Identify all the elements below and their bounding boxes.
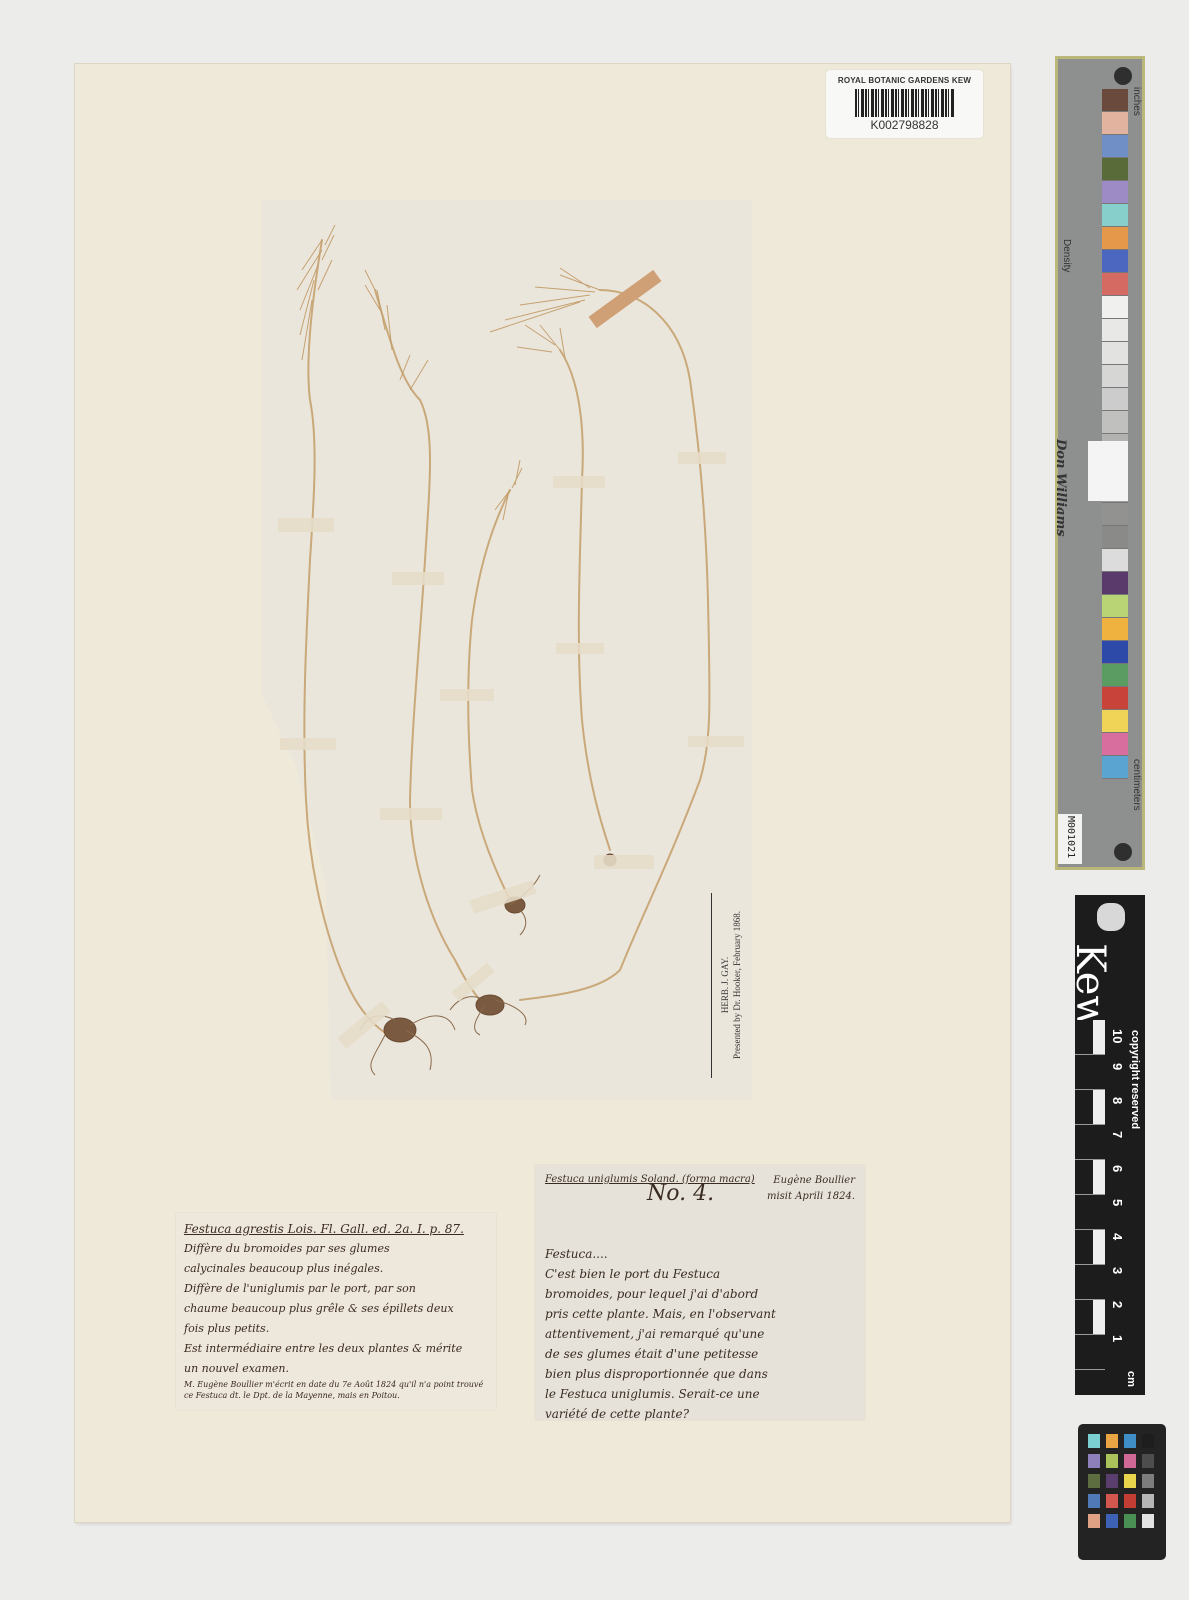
note-left-line: chaume beaucoup plus grêle & ses épillet… [184, 1299, 488, 1319]
stamp-rule [711, 893, 712, 1078]
note-right-line: de ses glumes était d'une petitesse [545, 1344, 855, 1364]
color-patch [1102, 664, 1128, 687]
brand-label: Don Williams [1053, 439, 1068, 537]
checker-swatch [1088, 1474, 1100, 1488]
kew-scale-bar: Kew 10 9 8 7 6 5 4 3 2 1 copyright reser… [1075, 895, 1145, 1395]
stamp-presented: Presented by Dr. Hooker, February 1868. [731, 911, 743, 1059]
checker-swatch [1142, 1434, 1154, 1448]
note-right-line: le Festuca uniglumis. Serait-ce une [545, 1384, 855, 1404]
color-patch [1102, 365, 1128, 388]
note-right-line: pris cette plante. Mais, en l'observant [545, 1304, 855, 1324]
color-patch [1102, 618, 1128, 641]
checker-swatch [1106, 1434, 1118, 1448]
note-left-title: Festuca agrestis Lois. Fl. Gall. ed. 2a.… [184, 1219, 488, 1239]
checker-swatch [1124, 1494, 1136, 1508]
color-patch [1102, 342, 1128, 365]
checker-swatch [1106, 1474, 1118, 1488]
color-checker-card [1078, 1424, 1166, 1560]
color-patch [1102, 158, 1128, 181]
checker-swatch [1142, 1474, 1154, 1488]
centimeters-label: centimeters [1131, 759, 1142, 811]
color-patch [1102, 572, 1128, 595]
checker-swatch [1088, 1434, 1100, 1448]
color-patch [1102, 227, 1128, 250]
registration-dot-top [1114, 67, 1132, 85]
color-patches [1102, 89, 1128, 779]
note-left-line: Est intermédiaire entre les deux plantes… [184, 1339, 488, 1359]
gray-wedge-inset [1088, 441, 1128, 501]
inches-label: inches [1131, 87, 1142, 116]
color-patch [1102, 687, 1128, 710]
scale-numbers: 10 9 8 7 6 5 4 3 2 1 [1109, 1020, 1125, 1360]
checker-swatch [1106, 1454, 1118, 1468]
note-right-line: bien plus disproportionnée que dans [545, 1364, 855, 1384]
checker-swatch [1106, 1514, 1118, 1528]
checker-swatch [1088, 1454, 1100, 1468]
color-patch [1102, 181, 1128, 204]
kew-crest-icon [1097, 903, 1125, 931]
checker-swatch [1124, 1474, 1136, 1488]
checker-swatch [1142, 1514, 1154, 1528]
note-left-line: calycinales beaucoup plus inégales. [184, 1259, 488, 1279]
note-right-line: variété de cette plante? [545, 1404, 855, 1424]
color-patch [1102, 549, 1128, 572]
note-right-line: attentivement, j'ai remarqué qu'une [545, 1324, 855, 1344]
checker-swatch [1124, 1454, 1136, 1468]
chart-id-label: M001021 [1058, 814, 1082, 864]
color-patch [1102, 526, 1128, 549]
checker-swatch [1088, 1494, 1100, 1508]
herbarium-stamp: HERB. J. GAY. Presented by Dr. Hooker, F… [707, 885, 747, 1080]
color-patch [1102, 135, 1128, 158]
color-patch [1102, 710, 1128, 733]
color-patch [1102, 641, 1128, 664]
note-right-number: No. 4. [647, 1185, 714, 1203]
color-patch [1102, 112, 1128, 135]
checker-swatch [1124, 1514, 1136, 1528]
checker-swatch [1142, 1454, 1154, 1468]
note-right-body: Festuca.... C'est bien le port du Festuc… [545, 1244, 855, 1424]
note-right-line: bromoides, pour lequel j'ai d'abord [545, 1284, 855, 1304]
color-patch [1102, 756, 1128, 779]
color-patch [1102, 89, 1128, 112]
handwritten-note-right: Festuca uniglumis Soland. (forma macra) … [535, 1165, 865, 1420]
collector-date: misit Aprili 1824. [767, 1189, 855, 1205]
color-patch [1102, 204, 1128, 227]
note-right-line: C'est bien le port du Festuca [545, 1264, 855, 1284]
color-patch [1102, 411, 1128, 434]
color-patch [1102, 296, 1128, 319]
color-patch [1102, 388, 1128, 411]
color-patch [1102, 273, 1128, 296]
stamp-herb: HERB. J. GAY. [719, 911, 731, 1059]
checker-swatch [1142, 1494, 1154, 1508]
copyright-label: copyright reserved [1129, 1030, 1141, 1129]
color-calibration-bar: inches centimeters Density Don Williams … [1055, 56, 1145, 870]
note-left-line: Diffère de l'uniglumis par le port, par … [184, 1279, 488, 1299]
checker-swatch [1106, 1494, 1118, 1508]
checker-swatch [1124, 1434, 1136, 1448]
note-left-footnote: M. Eugène Boullier m'écrit en date du 7e… [184, 1379, 488, 1401]
note-right-line: Festuca.... [545, 1244, 855, 1264]
kew-logo: Kew [1067, 943, 1113, 1030]
density-label: Density [1061, 239, 1072, 272]
mounting-strip-diagonal [589, 270, 662, 328]
color-patch [1102, 503, 1128, 526]
unit-label: cm [1125, 1371, 1137, 1387]
registration-dot-bottom [1114, 843, 1132, 861]
color-patch [1102, 733, 1128, 756]
mounting-strips [278, 452, 744, 1049]
color-patch [1102, 250, 1128, 273]
note-left-line: Diffère du bromoides par ses glumes [184, 1239, 488, 1259]
note-right-collector: Eugène Boullier misit Aprili 1824. [767, 1173, 855, 1205]
color-checker-swatches [1088, 1434, 1154, 1528]
note-left-line: un nouvel examen. [184, 1359, 488, 1379]
handwritten-note-left: Festuca agrestis Lois. Fl. Gall. ed. 2a.… [176, 1213, 496, 1410]
collector-name: Eugène Boullier [767, 1173, 855, 1189]
color-patch [1102, 595, 1128, 618]
color-patch [1102, 319, 1128, 342]
checker-swatch [1088, 1514, 1100, 1528]
note-left-line: fois plus petits. [184, 1319, 488, 1339]
